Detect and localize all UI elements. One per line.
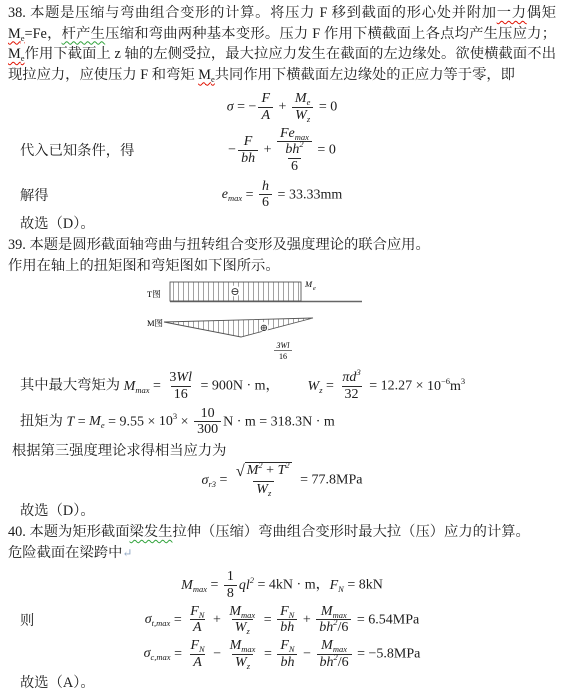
me-label-base: M — [304, 279, 313, 289]
m-diagram-label: M图 — [147, 318, 163, 328]
q38-label-substitute: 代入已知条件，得 — [20, 140, 134, 160]
q39-answer: 故选（D）。 — [20, 500, 556, 520]
q38-formula-3: emax = h6 = 33.33mm — [8, 179, 556, 211]
q40-paragraph: 40. 本题为矩形截面梁发生拉伸（压缩）弯曲组合变形时最大拉（压）应力的计算。 — [8, 522, 556, 543]
q39-line2: 作用在轴上的扭矩图和弯矩图如下图所示。 — [8, 256, 556, 277]
m-peak-denominator: 16 — [279, 352, 287, 361]
t-diagram-sign-icon: ⊖ — [230, 286, 239, 298]
q38-solve-row: 解得 emax = h6 = 33.33mm — [8, 179, 556, 211]
q38-formula-1: σ = −FA + MeWz = 0 — [8, 91, 556, 123]
q40-formula-3: σc,max = FNA − MmaxWz = FNbh − Mmaxbh2/6… — [8, 638, 556, 670]
q40-mmax-row: Mmax = 18ql2 = 4kN · m，FN = 8kN — [8, 569, 556, 601]
document-page: 38. 本题是压缩与弯曲组合变形的计算。将压力 F 移到截面的形心处并附加一力偶… — [0, 0, 564, 698]
q40-paragraph-2: 危险截面在梁跨中↵ — [8, 543, 556, 564]
m-diagram-region — [164, 318, 313, 337]
m-diagram-sign-icon: ⊕ — [260, 323, 268, 334]
q39-equivalent-stress-row: σr3 = √M2 + T2Wz = 77.8MPa — [8, 463, 556, 498]
question-40-solution: 40. 本题为矩形截面梁发生拉伸（压缩）弯曲组合变形时最大拉（压）应力的计算。 … — [8, 522, 556, 692]
q40-compression-row: σc,max = FNA − MmaxWz = FNbh − Mmaxbh2/6… — [8, 638, 556, 670]
q38-formula-sigma: σ = −FA + MeWz = 0 — [8, 91, 556, 123]
q39-line1: 39. 本题是圆形截面轴弯曲与扭转组合变形及强度理论的联合应用。 — [8, 235, 556, 256]
m-peak-numerator: 3Wl — [276, 341, 291, 350]
question-39-solution: 39. 本题是圆形截面轴弯曲与扭转组合变形及强度理论的联合应用。 作用在轴上的扭… — [8, 235, 556, 520]
q40-answer: 故选（A）。 — [20, 672, 556, 692]
q40-formula-2: σt,max = FNA + MmaxWz = FNbh + Mmaxbh2/6… — [8, 604, 556, 636]
torque-moment-diagrams: T图 ⊖ M e M图 ⊕ 3Wl 16 — [146, 278, 556, 367]
q40-formula-1: Mmax = 18ql2 = 4kN · m，FN = 8kN — [8, 569, 556, 601]
question-38-solution: 38. 本题是压缩与弯曲组合变形的计算。将压力 F 移到截面的形心处并附加一力偶… — [8, 3, 556, 233]
q38-answer: 故选（D）。 — [20, 213, 556, 233]
me-label-sub: e — [313, 286, 316, 292]
q39-max-moment-line: 其中最大弯矩为 Mmax = 3Wl16 = 900N · m， Wz = πd… — [20, 370, 556, 402]
q39-line3: 根据第三强度理论求得相当应力为 — [12, 441, 556, 462]
q39-formula-r3: σr3 = √M2 + T2Wz = 77.8MPa — [8, 463, 556, 498]
q40-label-then: 则 — [20, 610, 34, 630]
q40-tension-row: 则 σt,max = FNA + MmaxWz = FNbh + Mmaxbh2… — [8, 604, 556, 636]
q38-label-solve: 解得 — [20, 185, 49, 205]
q38-substitution-row: 代入已知条件，得 −Fbh + Femaxbh26 = 0 — [8, 126, 556, 175]
q39-torque-line: 扭矩为 T = Me = 9.55 × 103 × 10300N · m = 3… — [20, 406, 556, 438]
t-diagram-label: T图 — [147, 289, 161, 299]
diagram-svg: T图 ⊖ M e M图 ⊕ 3Wl 16 — [146, 278, 396, 362]
q38-paragraph: 38. 本题是压缩与弯曲组合变形的计算。将压力 F 移到截面的形心处并附加一力偶… — [8, 3, 556, 85]
